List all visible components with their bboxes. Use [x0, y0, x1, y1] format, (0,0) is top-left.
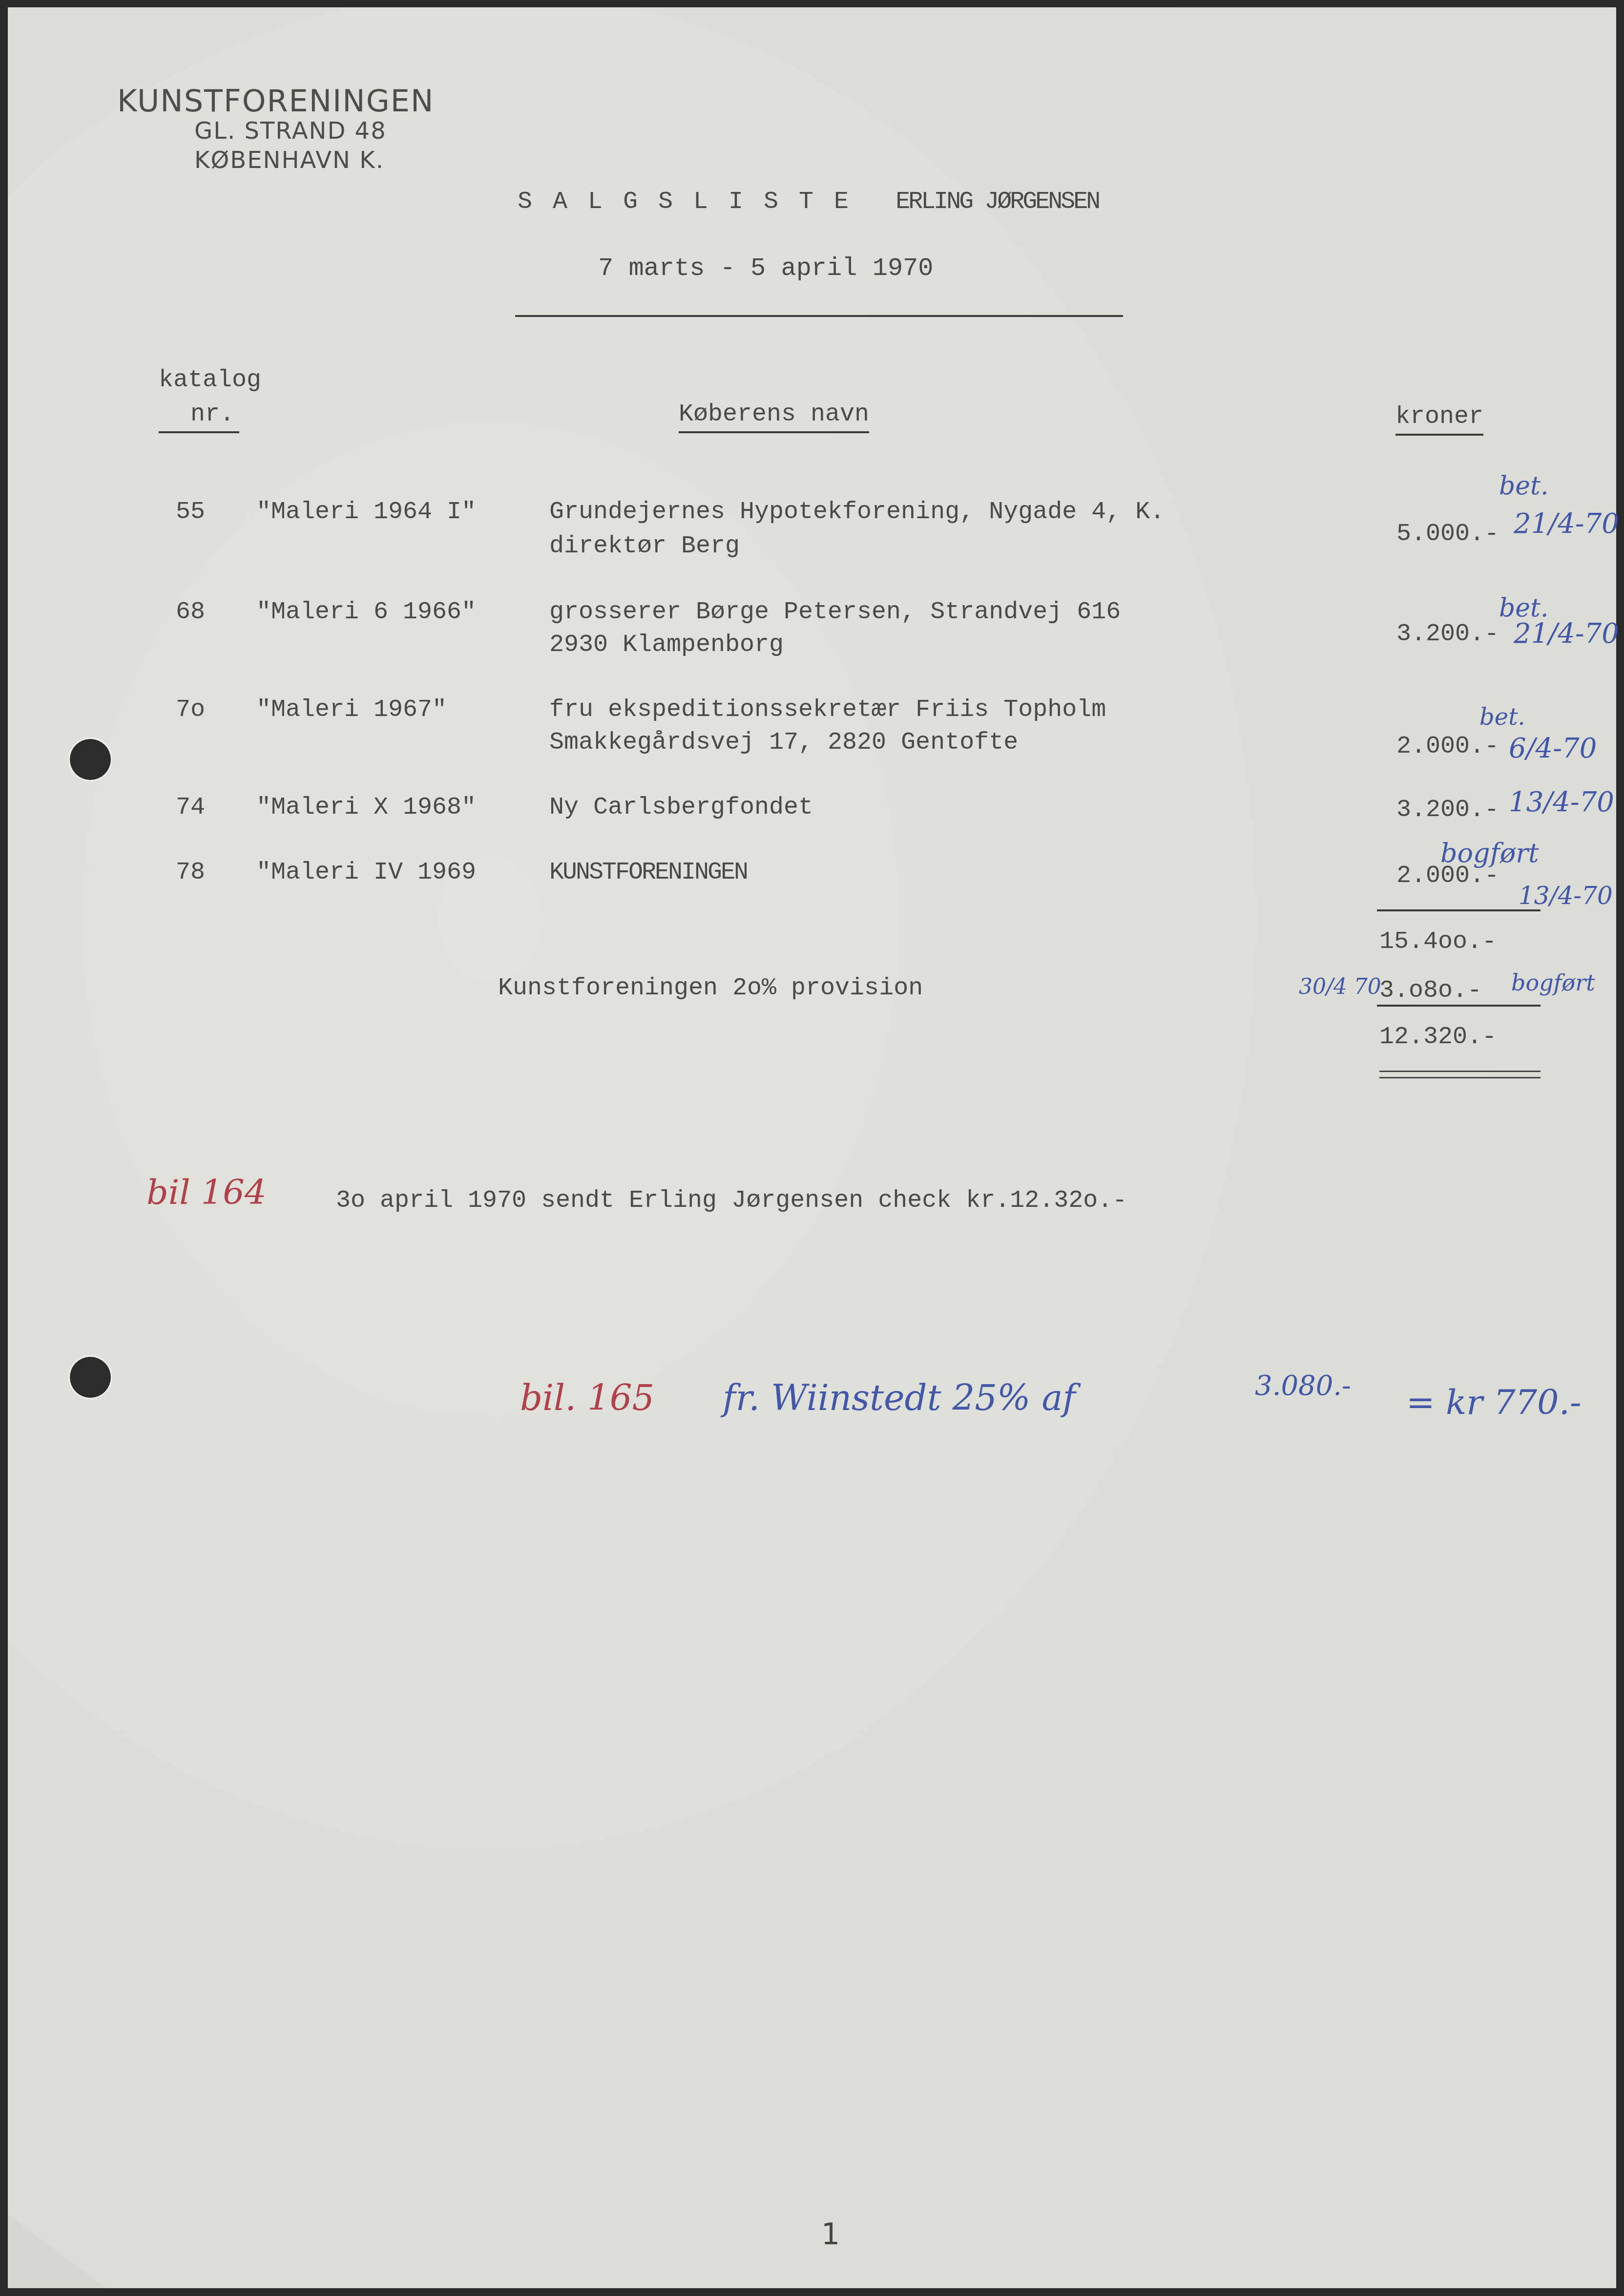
payment-note-date: 21/4-70: [1514, 508, 1619, 540]
subtotal-amount: 15.4oo.-: [1379, 928, 1497, 956]
letterhead-org: KUNSTFORENINGEN: [117, 83, 434, 119]
amount: 2.000.-: [1396, 733, 1499, 760]
commission-amount: 3.o8o.-: [1379, 977, 1482, 1005]
title-artist: ERLING JØRGENSEN: [895, 188, 1099, 216]
catalog-number: 78: [176, 859, 205, 886]
header-buyer: Køberens navn: [679, 400, 869, 433]
payment-reference: bil 164: [146, 1172, 266, 1212]
letterhead-street: GL. STRAND 48: [194, 117, 387, 145]
punch-hole-top: [70, 739, 111, 780]
title-salgsliste: S A L G S L I S T E: [518, 188, 852, 216]
work-title: "Maleri X 1968": [256, 794, 476, 822]
amount: 5.000.-: [1396, 520, 1499, 548]
punch-hole-bottom: [70, 1357, 111, 1398]
net-amount: 12.320.-: [1379, 1023, 1497, 1051]
note-base-amount: 3.080.-: [1255, 1370, 1351, 1402]
header-catalog-line1: katalog: [159, 366, 261, 394]
work-title: "Maleri 6 1966": [256, 598, 476, 626]
payment-note-label: bet.: [1499, 471, 1549, 501]
buyer-line1: grosserer Børge Petersen, Strandvej 616: [549, 598, 1121, 626]
work-title: "Maleri 1964 I": [256, 498, 476, 526]
payment-note-label: bogført: [1440, 838, 1539, 868]
title-heading: S A L G S L I S T E ERLING JØRGENSEN: [518, 188, 1099, 216]
payment-note-date: 13/4-70: [1519, 882, 1613, 910]
work-title: "Maleri IV 1969: [256, 859, 476, 886]
buyer-line1: Grundejernes Hypotekforening, Nygade 4, …: [549, 498, 1165, 526]
amount: 3.200.-: [1396, 796, 1499, 824]
payment-note-date: 6/4-70: [1509, 733, 1597, 764]
page-number: 1: [821, 2217, 840, 2252]
payment-note-date: 13/4-70: [1509, 786, 1614, 818]
buyer-line1: KUNSTFORENINGEN: [549, 859, 747, 886]
buyer-line2: 2930 Klampenborg: [549, 631, 784, 659]
amount: 3.200.-: [1396, 620, 1499, 648]
payment-note-label: bet.: [1479, 703, 1525, 731]
catalog-number: 74: [176, 794, 205, 822]
catalog-number: 7o: [176, 696, 205, 724]
buyer-line1: fru ekspeditionssekretær Friis Topholm: [549, 696, 1106, 724]
header-amount: kroner: [1395, 403, 1483, 436]
header-catalog-line2: nr.: [159, 400, 239, 433]
work-title: "Maleri 1967": [256, 696, 447, 724]
payment-note-date: 21/4-70: [1514, 618, 1619, 650]
commission-rule: [1377, 1005, 1541, 1007]
title-divider: [515, 315, 1123, 317]
note-reference: bil. 165: [520, 1377, 654, 1418]
catalog-number: 55: [176, 498, 205, 526]
document-page: [8, 7, 1616, 2288]
letterhead-city: KØBENHAVN K.: [194, 147, 384, 174]
buyer-line2: Smakkegårdsvej 17, 2820 Gentofte: [549, 729, 1018, 757]
buyer-line2: direktør Berg: [549, 532, 740, 560]
buyer-line1: Ny Carlsbergfondet: [549, 794, 813, 822]
commission-booked-note: bogført: [1511, 969, 1595, 996]
net-double-rule: [1379, 1071, 1541, 1078]
note-result: = kr 770.-: [1406, 1382, 1582, 1422]
payment-text: 3o april 1970 sendt Erling Jørgensen che…: [336, 1187, 1127, 1215]
exhibition-period: 7 marts - 5 april 1970: [598, 254, 934, 283]
commission-date-note: 30/4 70: [1299, 974, 1381, 999]
note-text: fr. Wiinstedt 25% af: [723, 1377, 1076, 1418]
commission-label: Kunstforeningen 2o% provision: [498, 974, 923, 1002]
catalog-number: 68: [176, 598, 205, 626]
sum-rule: [1377, 909, 1541, 911]
folded-corner: [8, 2215, 105, 2288]
